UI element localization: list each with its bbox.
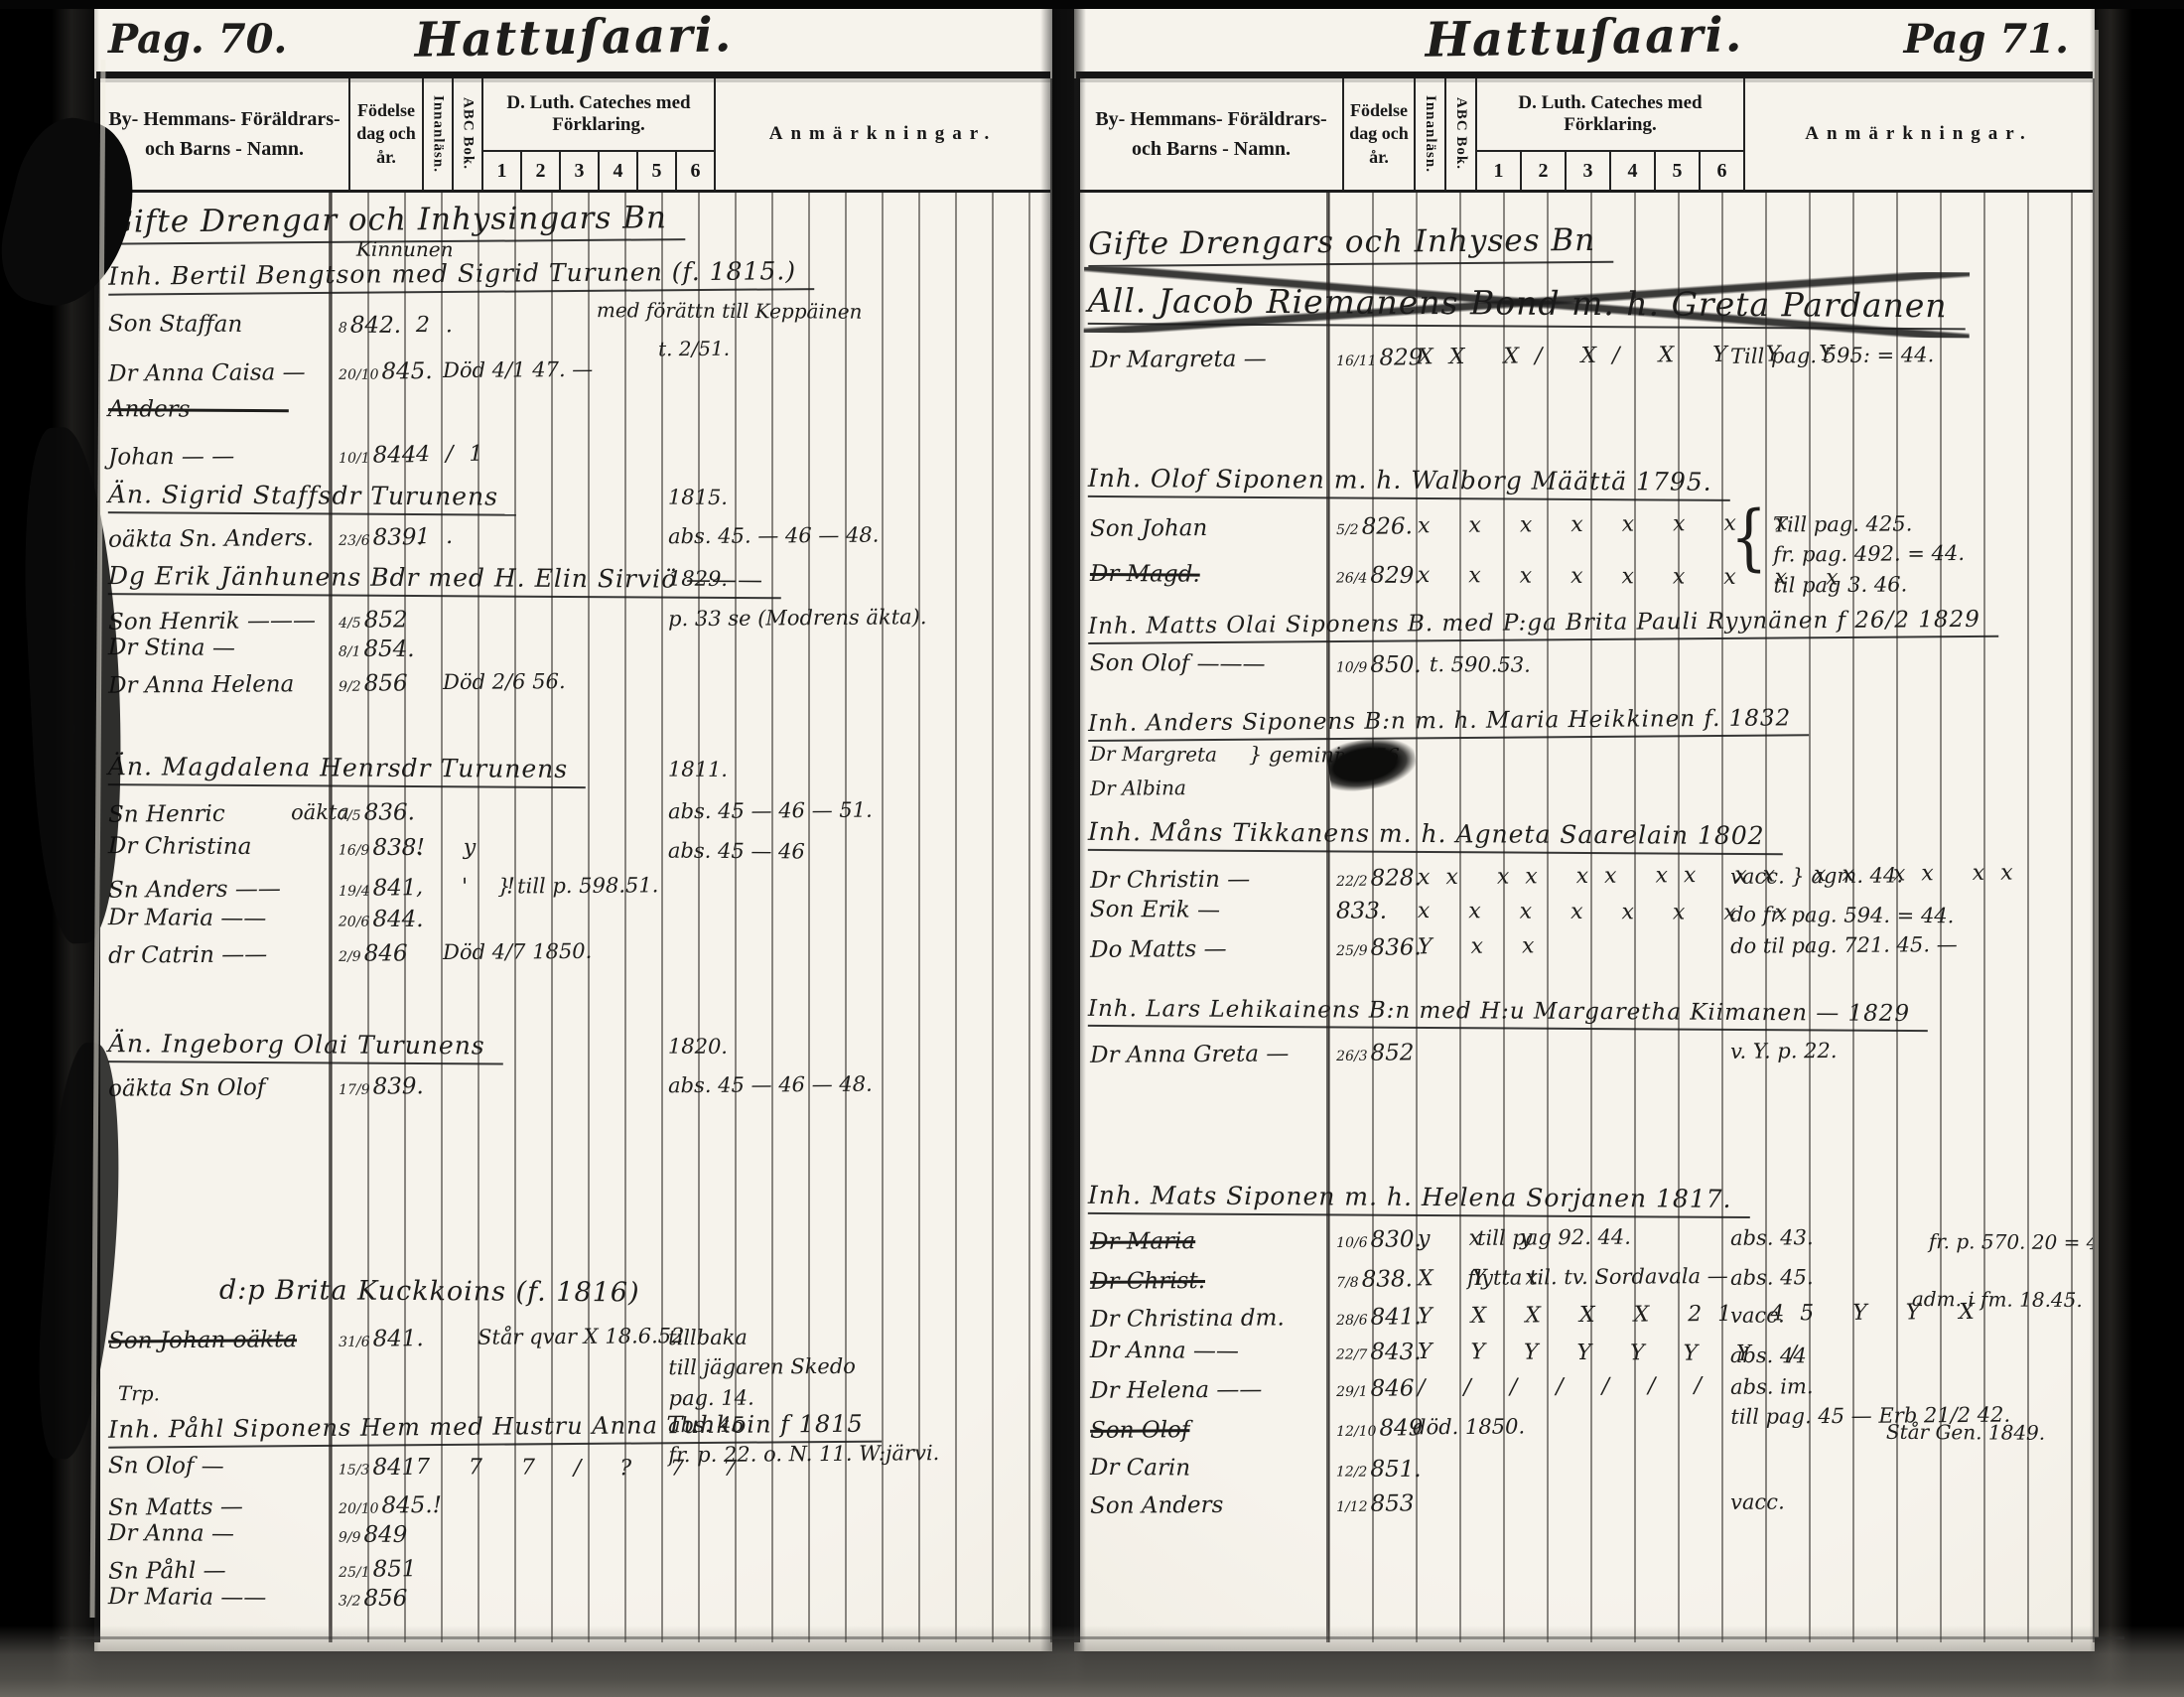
record-row: Son Erik —833.x x x x x x x xdo fr. pag.… bbox=[1080, 897, 2093, 903]
birth-year: 841. bbox=[372, 1326, 423, 1351]
birth-day-month: 22/2 bbox=[1336, 874, 1368, 890]
family-row: Inh. Lars Lehikainens B:n med H:u Margar… bbox=[1080, 996, 2093, 1002]
remark-line: vacc. } agm. 44. bbox=[1730, 861, 1903, 891]
birth-date: 25/9836. bbox=[1336, 934, 1422, 961]
catechism-column-number: 3 bbox=[1567, 152, 1611, 190]
person-name: Dr Anna Caisa — bbox=[108, 359, 306, 387]
birth-year: 850. bbox=[1370, 652, 1421, 678]
birth-day-month: 10/9 bbox=[1336, 659, 1368, 675]
birth-date: 10/1844 bbox=[339, 442, 417, 469]
birth-day-month: 2/9 bbox=[339, 949, 361, 965]
birth-date: 8842. bbox=[339, 313, 401, 339]
scanned-parish-register: Pag. 70. Hattuſaari. By- Hemmans- Föräld… bbox=[0, 0, 2184, 1697]
birth-year: 841 bbox=[372, 1455, 416, 1481]
remark-line: do til pag. 721. 45. — bbox=[1730, 930, 1958, 960]
birth-date: 10/6830. bbox=[1336, 1226, 1422, 1253]
remark-note: vacc. bbox=[1730, 1301, 1785, 1330]
birth-day-month: 16/11 bbox=[1336, 354, 1376, 369]
birth-date: 7/5836. bbox=[339, 799, 415, 826]
person-name: Sn Anders —— bbox=[108, 876, 281, 903]
birth-day-month: 26/3 bbox=[1336, 1049, 1368, 1064]
remark-lines: tillbakatill jägaren Skedopag. 14. bbox=[668, 1323, 856, 1413]
remark-line: vacc. bbox=[1730, 1301, 1785, 1330]
birth-date: 2/9846 bbox=[339, 940, 408, 967]
record-row: Do Matts —25/9836.Y x xdo til pag. 721. … bbox=[1080, 929, 2093, 937]
left-page: Pag. 70. Hattuſaari. By- Hemmans- Föräld… bbox=[94, 8, 1052, 1651]
record-row: Dr Maria ——20/6844. bbox=[100, 905, 1050, 911]
family-heading: Än. Magdalena Henrsdr Turunens bbox=[108, 752, 586, 788]
table-frame: By- Hemmans- Föräldrars- och Barns - Nam… bbox=[1074, 78, 2095, 1642]
person-name: Son Henrik ——— bbox=[108, 608, 316, 636]
remark-line: abs. 45 — 46 — 51. bbox=[668, 796, 873, 826]
record-row: Dr Margreta —16/11829XX X/ X/ X Y Y YTil… bbox=[1080, 340, 2093, 348]
birth-day-month: 20/10 bbox=[339, 1501, 378, 1517]
remark-line: 1829. bbox=[668, 565, 728, 594]
remark-note: abs. 45 — 46 bbox=[668, 837, 805, 866]
remark-lines: do fr. pag. 594. = 44. bbox=[1730, 901, 1955, 930]
brace-mark: { bbox=[1730, 504, 1767, 570]
catechism-column-number: 4 bbox=[1611, 152, 1656, 190]
record-row: Son Staffan8842.2. bbox=[100, 311, 1050, 317]
birth-year: 846 bbox=[1370, 1375, 1414, 1401]
record-row: Sn Henric7/5836.oäktaabs. 45 — 46 — 51. bbox=[100, 794, 1050, 802]
birth-year: 833. bbox=[1336, 898, 1387, 923]
person-name: Son Staffan bbox=[108, 311, 242, 338]
person-name: Dr Magd. bbox=[1090, 561, 1200, 588]
birth-day-month: 28/6 bbox=[1336, 1313, 1368, 1329]
remark-line: tillbaka bbox=[668, 1323, 856, 1352]
page-number: Pag. 70. bbox=[108, 16, 287, 63]
person-name: Dr Margreta — bbox=[1090, 347, 1267, 373]
scan-edge-right bbox=[2090, 0, 2184, 1697]
remark-line: abs. im. bbox=[1730, 1371, 2010, 1402]
remark-line: till jägaren Skedo bbox=[668, 1352, 856, 1382]
family-row: Inh. Bertil Bengtson med Sigrid Turunen … bbox=[100, 254, 1050, 262]
record-row: Anders ———— bbox=[100, 396, 1050, 402]
table-header: By- Hemmans- Föräldrars- och Barns - Nam… bbox=[1080, 78, 2093, 193]
birth-year: 851 bbox=[372, 1556, 416, 1582]
birth-day-month: 23/6 bbox=[339, 533, 370, 549]
inline-note: flytta til. tv. Sordavala — bbox=[1467, 1264, 1728, 1290]
family-row: Än. Magdalena Henrsdr Turunens1811. bbox=[100, 752, 1050, 758]
remark-lines: p. 33 se (Modrens äkta). bbox=[668, 603, 927, 633]
remark-lines: abs. 45 — 46 bbox=[668, 837, 805, 866]
record-row: Son Anders1/12853vacc. bbox=[1080, 1485, 2093, 1493]
left-page-header: Pag. 70. Hattuſaari. bbox=[94, 8, 1052, 71]
birth-date: 10/9850. bbox=[1336, 651, 1422, 678]
catechism-marks: x x x x x x x x x bbox=[1418, 563, 1854, 591]
catechism-marks: 2. bbox=[416, 313, 469, 338]
remark-note: tillbakatill jägaren Skedopag. 14. bbox=[668, 1323, 856, 1413]
note-row: t. 2/51. bbox=[100, 334, 1050, 342]
column-header-names: By- Hemmans- Föräldrars- och Barns - Nam… bbox=[1080, 78, 1344, 190]
birth-date: 31/6841. bbox=[339, 1326, 424, 1352]
person-name: Son Olof bbox=[1090, 1417, 1190, 1444]
person-name: Dr Christin — bbox=[1090, 867, 1250, 894]
catechism-column-number: 4 bbox=[600, 152, 638, 190]
right-page-entries: Gifte Drengars och Inhyses BnAll. Jacob … bbox=[1080, 193, 2093, 1642]
person-name: Anders ———— bbox=[108, 396, 289, 423]
birth-day-month: 3/2 bbox=[339, 1594, 361, 1610]
birth-date: 23/6839. bbox=[339, 524, 424, 551]
birth-day-month: 7/8 bbox=[1336, 1275, 1359, 1291]
birth-year: 856 bbox=[364, 670, 408, 696]
family-heading: Inh. Mats Siponen m. h. Helena Sorjanen … bbox=[1088, 1181, 1750, 1218]
record-row: Dr Anna Greta —26/3852v. Y. p. 22. bbox=[1080, 1035, 2093, 1043]
remark-line: p. 33 se (Modrens äkta). bbox=[668, 603, 927, 633]
inline-note: Död 4/1 47. — bbox=[443, 357, 593, 382]
remark-note: vacc. } agm. 44. bbox=[1730, 861, 1903, 891]
birth-year: 829 bbox=[1379, 345, 1423, 370]
remark-line: Till pag. 595: = 44. bbox=[1730, 341, 1934, 370]
birth-date: 7/8838. bbox=[1336, 1266, 1413, 1293]
birth-day-month: 20/6 bbox=[339, 915, 370, 930]
remark-note: abs. 45. bbox=[1730, 1263, 1814, 1292]
remark-line: abs. 45. bbox=[1730, 1263, 1814, 1292]
person-name: Son Johan bbox=[1090, 515, 1207, 542]
person-name: Johan — — bbox=[108, 444, 234, 471]
person-name: Dr Margreta bbox=[1090, 742, 1217, 767]
column-header-names: By- Hemmans- Föräldrars- och Barns - Nam… bbox=[100, 78, 350, 190]
column-header-birth: Födelse dag och år. bbox=[1344, 78, 1416, 190]
birth-day-month: 17/9 bbox=[339, 1082, 370, 1098]
record-row: Dr Anna Helena9/2856Död 2/6 56. bbox=[100, 665, 1050, 673]
scan-edge-bottom bbox=[0, 1626, 2184, 1697]
marginal-note: fr. p. 570. 20 = 44. bbox=[1929, 1229, 2093, 1254]
birth-date: 16/9838. bbox=[339, 835, 424, 862]
birth-year: 845. bbox=[381, 358, 432, 384]
birth-date: 12/10849 bbox=[1336, 1415, 1423, 1442]
note-row: med förättn till Keppäinen bbox=[100, 295, 1050, 301]
record-row: Johan — —10/18444/1 bbox=[100, 437, 1050, 445]
person-name: oäkta Sn. Anders. bbox=[108, 525, 314, 553]
catechism-column-number: 1 bbox=[483, 152, 522, 190]
note-row: Trp. bbox=[100, 1381, 1050, 1387]
scan-edge-top bbox=[0, 0, 2184, 9]
inline-note: Står qvar X 18.6.52 bbox=[478, 1324, 685, 1349]
family-row: Än. Ingeborg Olai Turunens1820. bbox=[100, 1029, 1050, 1035]
birth-date: 1/12853 bbox=[1336, 1490, 1415, 1517]
column-header-remarks: Anmärkningar. bbox=[716, 78, 1050, 190]
remark-note: 1820. bbox=[668, 1033, 728, 1061]
birth-date: 22/2828. bbox=[1336, 865, 1422, 892]
birth-day-month: 20/10 bbox=[339, 367, 378, 383]
remark-note: 1815. bbox=[668, 484, 728, 512]
catechism-column-number: 6 bbox=[677, 152, 714, 190]
page-number: Pag 71. bbox=[1904, 16, 2069, 63]
remark-note: Till pag. 595: = 44. bbox=[1730, 341, 1934, 370]
remark-lines: abs. 45 — 46 — 51. bbox=[668, 796, 873, 826]
birth-year: 852 bbox=[1370, 1040, 1414, 1065]
column-header-catechism: D. Luth. Cateches med Förklaring. 123456 bbox=[483, 78, 716, 190]
birth-date: 5/2826. bbox=[1336, 513, 1413, 540]
birth-date: 8/1854. bbox=[339, 636, 415, 662]
family-heading: d:p Brita Kuckkoins (f. 1816) bbox=[219, 1275, 640, 1309]
birth-day-month: 8 bbox=[339, 321, 347, 337]
person-name: Dr Christina dm. bbox=[1090, 1305, 1285, 1333]
remark-line: abs. 45 bbox=[668, 1409, 939, 1439]
family-row: Inh. Måns Tikkanens m. h. Agneta Saarela… bbox=[1080, 817, 2093, 823]
catechism-column-number: 2 bbox=[522, 152, 561, 190]
remark-line: 1815. bbox=[668, 484, 728, 512]
page-title: Hattuſaari. bbox=[414, 7, 734, 69]
marginal-note: med förättn till Keppäinen bbox=[597, 298, 863, 324]
person-name: Dr Carin bbox=[1090, 1455, 1190, 1482]
birth-day-month: 29/1 bbox=[1336, 1384, 1368, 1400]
catechism-marks: ! y bbox=[416, 835, 491, 860]
birth-year: 845.! bbox=[381, 1492, 442, 1518]
birth-date: 3/2856 bbox=[339, 1586, 408, 1612]
remark-note: abs. 43. bbox=[1730, 1223, 1814, 1252]
remark-lines: 1815. bbox=[668, 484, 728, 512]
catechism-number-row: 123456 bbox=[1477, 152, 1743, 190]
birth-date: 16/11829 bbox=[1336, 345, 1423, 371]
column-header-reading: Innanläsn. bbox=[424, 78, 454, 190]
birth-day-month: 9/9 bbox=[339, 1530, 361, 1546]
remark-lines: Till pag. 595: = 44. bbox=[1730, 341, 1934, 370]
record-row: Dr Christ.7/8838.X Y xflytta til. tv. So… bbox=[1080, 1261, 2093, 1269]
record-row: Dr Helena ——29/1846/ / / / / / /abs. im.… bbox=[1080, 1370, 2093, 1378]
person-name: Dr Anna Greta — bbox=[1090, 1041, 1289, 1068]
family-heading: Inh. Anders Siponens B:n m. h. Maria Hei… bbox=[1088, 705, 1809, 742]
birth-year: 842. bbox=[350, 313, 401, 339]
inline-note: till pag 92. 44. bbox=[1477, 1225, 1631, 1250]
birth-day-month: 25/1 bbox=[339, 1565, 370, 1581]
record-row: dr Catrin ——2/9846Död 4/7 1850. bbox=[100, 935, 1050, 943]
section-title: Gifte Drengars och Inhyses Bn bbox=[1088, 222, 1613, 267]
remark-lines: abs. 45 — 46 — 48. bbox=[668, 1070, 873, 1100]
remark-note: p. 33 se (Modrens äkta). bbox=[668, 603, 927, 633]
person-name: Dr Anna Helena bbox=[108, 671, 294, 698]
catechism-marks: Y X X X X 21 45 Y Y X bbox=[1418, 1300, 1990, 1330]
birth-day-month: 12/2 bbox=[1336, 1464, 1368, 1480]
family-heading: Inh. Måns Tikkanens m. h. Agneta Saarela… bbox=[1088, 817, 1783, 855]
record-row: Dr Christina16/9838.! yabs. 45 — 46 bbox=[100, 833, 1050, 839]
table-frame: By- Hemmans- Föräldrars- och Barns - Nam… bbox=[94, 78, 1052, 1642]
header-rule bbox=[96, 71, 1050, 78]
birth-day-month: 10/1 bbox=[339, 451, 370, 467]
birth-year: 856 bbox=[363, 1586, 407, 1612]
record-row: Dr Carin12/2851. bbox=[1080, 1455, 2093, 1461]
remark-line: abs. 44 bbox=[1730, 1342, 1807, 1370]
record-row: Dr Christin —22/2828.xx xx xx xx xx xx x… bbox=[1080, 860, 2093, 868]
catechism-number-row: 123456 bbox=[483, 152, 714, 190]
record-row: Dr Stina —8/1854. bbox=[100, 635, 1050, 640]
record-row: Dr Albina bbox=[1080, 769, 2093, 777]
remark-lines: do til pag. 721. 45. — bbox=[1730, 930, 1958, 960]
inline-note: t. 590.53. bbox=[1430, 652, 1531, 677]
person-name: Dr Stina — bbox=[108, 635, 235, 661]
remark-note: abs. 45 — 46 — 51. bbox=[668, 796, 873, 826]
birth-day-month: 9/2 bbox=[339, 679, 361, 695]
person-name: Dr Albina bbox=[1090, 776, 1186, 800]
remark-note: vacc. bbox=[1730, 1487, 1785, 1516]
remark-line: 1820. bbox=[668, 1033, 728, 1061]
right-page: Hattuſaari. Pag 71. By- Hemmans- Föräldr… bbox=[1074, 8, 2095, 1651]
birth-day-month: 10/6 bbox=[1336, 1235, 1368, 1251]
birth-year: 828. bbox=[1370, 865, 1421, 891]
remark-note: 1811. bbox=[668, 756, 728, 784]
birth-day-month: 12/10 bbox=[1336, 1424, 1376, 1440]
record-row: Dr Anna Caisa —20/10845.Död 4/1 47. — bbox=[100, 354, 1050, 361]
birth-year: 829. bbox=[1370, 563, 1421, 589]
person-name: Sn Matts — bbox=[108, 1494, 243, 1521]
birth-date: 20/10845.! bbox=[339, 1492, 442, 1519]
birth-date: 22/7843. bbox=[1336, 1339, 1422, 1365]
birth-day-month: 15/3 bbox=[339, 1463, 370, 1479]
birth-year: 846 bbox=[364, 940, 408, 966]
remark-line: abs. 45. — 46 — 48. bbox=[668, 521, 880, 551]
catechism-column-number: 5 bbox=[1656, 152, 1701, 190]
catechism-column-number: 6 bbox=[1701, 152, 1743, 190]
remark-note: do fr. pag. 594. = 44. bbox=[1730, 901, 1955, 930]
remark-line: abs. 43. bbox=[1730, 1223, 1814, 1252]
remark-line: vacc. bbox=[1730, 1487, 1785, 1516]
catechism-marks: 7 7 7 / ? 7 7 bbox=[416, 1455, 752, 1482]
birth-date: 28/6841. bbox=[1336, 1304, 1422, 1331]
inline-note: död. 1850. bbox=[1413, 1414, 1525, 1439]
birth-date: 26/4829. bbox=[1336, 562, 1422, 589]
record-row: Sn Matts —20/10845.! bbox=[100, 1487, 1050, 1495]
catechism-column-number: 3 bbox=[561, 152, 600, 190]
remark-line: v. Y. p. 22. bbox=[1730, 1037, 1838, 1065]
birth-date: 4/5852 bbox=[339, 607, 408, 634]
person-name: Sn Henric bbox=[108, 801, 225, 828]
family-row: Inh. Matts Olai Siponens B. med P:ga Bri… bbox=[1080, 606, 2093, 614]
person-name: Dr Maria —— bbox=[108, 905, 267, 931]
remark-lines: vacc. bbox=[1730, 1487, 1785, 1516]
birth-date: 9/9849 bbox=[339, 1522, 408, 1548]
family-heading: Inh. Olof Siponen m. h. Walborg Määttä 1… bbox=[1088, 464, 1730, 501]
remark-line: abs. 45 — 46 bbox=[668, 837, 805, 866]
birth-year: 841. bbox=[1370, 1304, 1421, 1330]
record-row: oäkta Sn Olof17/9839.abs. 45 — 46 — 48. bbox=[100, 1068, 1050, 1076]
birth-year: 836. bbox=[364, 799, 415, 825]
birth-date: 25/1851 bbox=[339, 1556, 417, 1583]
catechism-label: D. Luth. Cateches med Förklaring. bbox=[1477, 78, 1743, 152]
record-row: Dr Margreta3/8856} gemini bbox=[1080, 742, 2093, 748]
birth-day-month: 5/2 bbox=[1336, 522, 1359, 538]
inline-note: oäkta bbox=[291, 800, 349, 824]
birth-year: 841 bbox=[372, 875, 416, 901]
page-gutter-shadow bbox=[1040, 0, 1086, 1697]
inline-note: } till p. 598.51. bbox=[497, 873, 658, 898]
birth-date: 20/10845. bbox=[339, 358, 433, 385]
person-name: Sn Påhl — bbox=[108, 1558, 226, 1585]
birth-date: 9/2856 bbox=[339, 670, 408, 697]
birth-year: 853 bbox=[1370, 1490, 1414, 1516]
birth-date: 15/3841 bbox=[339, 1455, 417, 1481]
catechism-marks: xx xx xx xx xx xx xx xx bbox=[1418, 861, 2029, 891]
birth-year: 852 bbox=[364, 607, 408, 633]
family-heading: Än. Sigrid Staffsdr Turunens bbox=[108, 480, 516, 516]
birth-date: 26/3852 bbox=[1336, 1040, 1415, 1066]
record-row: Sn Påhl —25/1851 bbox=[100, 1551, 1050, 1559]
record-row: oäkta Sn. Anders.23/6839.1.abs. 45. — 46… bbox=[100, 519, 1050, 527]
family-heading: Än. Ingeborg Olai Turunens bbox=[108, 1029, 503, 1064]
person-name: Son Johan oäkta bbox=[108, 1327, 297, 1353]
remark-lines: vacc. } agm. 44. bbox=[1730, 861, 1903, 891]
remark-lines: 1811. bbox=[668, 756, 728, 784]
family-row: Än. Sigrid Staffsdr Turunens1815. bbox=[100, 480, 1050, 486]
right-page-header: Hattuſaari. Pag 71. bbox=[1074, 8, 2095, 71]
catechism-column-number: 5 bbox=[638, 152, 677, 190]
birth-day-month: 22/7 bbox=[1336, 1346, 1368, 1362]
remark-lines: abs. 43. bbox=[1730, 1223, 1814, 1252]
person-name: Son Anders bbox=[1090, 1492, 1223, 1519]
remark-note: v. Y. p. 22. bbox=[1730, 1037, 1838, 1065]
marginal-note: Trp. bbox=[118, 1381, 160, 1405]
catechism-marks: / / / / / / / bbox=[1418, 1373, 1717, 1400]
remark-lines: abs. 45. bbox=[1730, 1263, 1814, 1292]
record-row: Son Johan5/2826.x x x x x x x x{Till pag… bbox=[1080, 508, 2093, 516]
catechism-marks: 4/1 bbox=[416, 442, 499, 468]
birth-year: 844 bbox=[372, 442, 416, 468]
family-row: d:p Brita Kuckkoins (f. 1816) bbox=[100, 1274, 1050, 1280]
birth-day-month: 4/5 bbox=[339, 616, 361, 632]
column-header-reading: Innanläsn. bbox=[1416, 78, 1446, 190]
record-row: Dr Anna —9/9849 bbox=[100, 1520, 1050, 1526]
person-name: Dr Helena —— bbox=[1090, 1377, 1262, 1404]
birth-day-month: 16/9 bbox=[339, 843, 370, 859]
remark-lines: 1829. bbox=[668, 565, 728, 594]
birth-year: 844. bbox=[372, 907, 423, 932]
table-header: By- Hemmans- Föräldrars- och Barns - Nam… bbox=[100, 78, 1050, 193]
birth-year: 839. bbox=[372, 1073, 423, 1099]
remark-note: abs. 44 bbox=[1730, 1342, 1807, 1370]
person-name: Dr Maria —— bbox=[108, 1584, 267, 1611]
birth-day-month: 25/9 bbox=[1336, 943, 1368, 959]
remark-line: do fr. pag. 594. = 44. bbox=[1730, 901, 1955, 930]
person-name: Dr Christ. bbox=[1090, 1268, 1205, 1295]
record-row: Sn Anders ——19/4841, ' !} till p. 598.51… bbox=[100, 870, 1050, 878]
person-name: Son Erik — bbox=[1090, 897, 1220, 923]
catechism-marks: Y x x bbox=[1418, 933, 1551, 959]
birth-date: 17/9839. bbox=[339, 1073, 424, 1100]
section-row: Gifte Drengars och Inhyses Bn bbox=[1080, 218, 2093, 226]
catechism-column-number: 2 bbox=[1522, 152, 1567, 190]
birth-year: 838. bbox=[1362, 1266, 1413, 1292]
remark-lines: vacc. bbox=[1730, 1301, 1785, 1330]
birth-year: 849 bbox=[363, 1522, 407, 1548]
birth-day-month: 26/4 bbox=[1336, 570, 1368, 586]
header-rule bbox=[1076, 71, 2093, 78]
remark-line: pag. 14. bbox=[668, 1382, 856, 1412]
family-row: Inh. Påhl Siponens Hem med Hustru Anna T… bbox=[100, 1408, 1050, 1416]
section-row: Gifte Drengar och Inhysingars Bn bbox=[100, 197, 1050, 205]
inline-note: Död 2/6 56. bbox=[443, 669, 566, 694]
column-header-birth: Födelse dag och år. bbox=[350, 78, 424, 190]
page-title: Hattuſaari. bbox=[1425, 7, 1744, 69]
person-name: dr Catrin —— bbox=[108, 941, 267, 968]
person-name: Do Matts — bbox=[1090, 936, 1227, 963]
birth-date: 29/1846 bbox=[1336, 1375, 1415, 1402]
family-heading: All. Jacob Riemanens Bond m. h. Greta Pa… bbox=[1088, 281, 1966, 330]
birth-day-month: 31/6 bbox=[339, 1335, 370, 1350]
birth-day-month: 8/1 bbox=[339, 644, 361, 660]
person-name: Dr Anna — bbox=[108, 1520, 234, 1547]
record-row: Dr Christina dm.28/6841.Y X X X X 21 45 … bbox=[1080, 1299, 2093, 1307]
catechism-label: D. Luth. Cateches med Förklaring. bbox=[483, 78, 714, 152]
inline-note: Död 4/7 1850. bbox=[443, 939, 592, 964]
record-row: Dr Anna ——22/7843.Y Y Y Y Y Y Y /abs. 44 bbox=[1080, 1338, 2093, 1343]
column-header-remarks: Anmärkningar. bbox=[1745, 78, 2093, 190]
birth-day-month: 19/4 bbox=[339, 884, 370, 900]
remark-note: do til pag. 721. 45. — bbox=[1730, 930, 1958, 960]
catechism-column-number: 1 bbox=[1477, 152, 1522, 190]
marginal-note: t. 2/51. bbox=[658, 337, 730, 361]
remark-line: 1811. bbox=[668, 756, 728, 784]
